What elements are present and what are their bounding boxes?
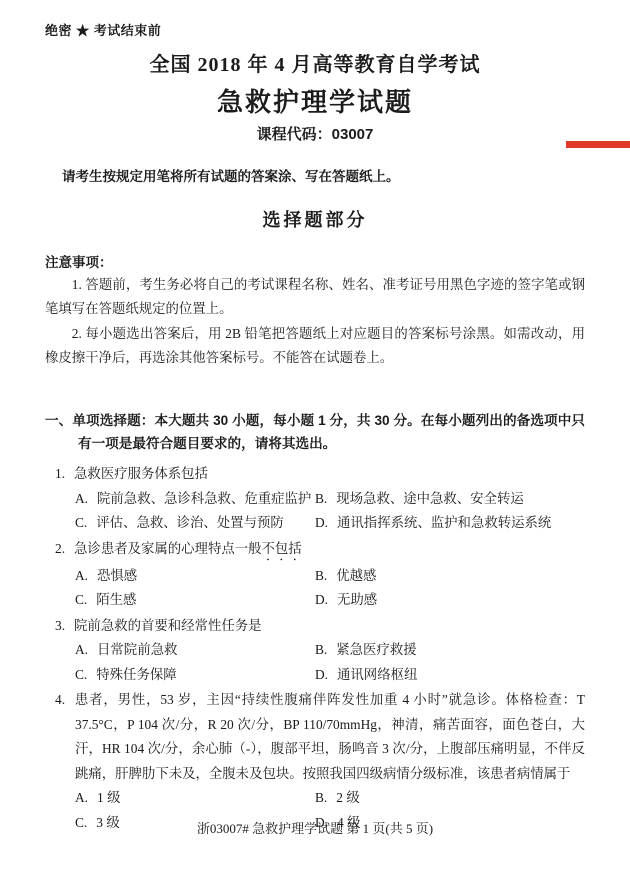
question-1: 1.急救医疗服务体系包括 A.院前急救、急诊科急救、危重症监护 B.现场急救、途… [45, 462, 585, 536]
notices-heading: 注意事项： [45, 251, 585, 271]
red-scan-mark [566, 141, 630, 148]
notice-item: 2. 每小题选出答案后，用 2B 铅笔把答题纸上对应题目的答案标号涂黑。如需改动… [45, 322, 585, 369]
option-text: 现场急救、途中急救、安全转运 [336, 491, 523, 506]
option-d: D.无助感 [315, 588, 585, 613]
exam-paper: 绝密 ★ 考试结束前 全国 2018 年 4 月高等教育自学考试 急救护理学试题… [0, 0, 630, 835]
question-stem: 2.急诊患者及家属的心理特点一般不包括 [45, 537, 585, 564]
option-d: D.通讯网络枢纽 [315, 663, 585, 688]
question-number: 1. [55, 466, 65, 481]
option-grid: A.院前急救、急诊科急救、危重症监护 B.现场急救、途中急救、安全转运 C.评估… [45, 487, 585, 536]
option-b: B.现场急救、途中急救、安全转运 [315, 487, 585, 512]
question-number: 2. [55, 541, 65, 556]
option-letter: B. [315, 568, 327, 583]
option-letter: C. [75, 667, 87, 682]
option-grid: A.恐惧感 B.优越感 C.陌生感 D.无助感 [45, 564, 585, 613]
paper-title: 急救护理学试题 [45, 82, 585, 119]
question-number: 3. [55, 618, 65, 633]
option-c: C.评估、急救、诊治、处置与预防 [75, 511, 315, 536]
option-text: 院前急救、急诊科急救、危重症监护 [97, 491, 311, 506]
option-text: 通讯指挥系统、监护和急救转运系统 [337, 515, 551, 530]
option-a: A.恐惧感 [75, 564, 315, 589]
option-letter: A. [75, 790, 88, 805]
option-letter: C. [75, 592, 87, 607]
option-letter: A. [75, 568, 88, 583]
option-text: 通讯网络枢纽 [337, 667, 417, 682]
question-number: 4. [55, 692, 65, 707]
question-stem: 3.院前急救的首要和经常性任务是 [45, 614, 585, 639]
question-list: 1.急救医疗服务体系包括 A.院前急救、急诊科急救、危重症监护 B.现场急救、途… [45, 462, 585, 835]
option-letter: B. [315, 491, 327, 506]
option-letter: B. [315, 790, 327, 805]
option-a: A.日常院前急救 [75, 638, 315, 663]
classification-banner: 绝密 ★ 考试结束前 [45, 20, 585, 39]
question-stem: 1.急救医疗服务体系包括 [45, 462, 585, 487]
part-title: 选择题部分 [45, 206, 585, 232]
question-2: 2.急诊患者及家属的心理特点一般不包括 A.恐惧感 B.优越感 C.陌生感 D.… [45, 537, 585, 613]
option-text: 评估、急救、诊治、处置与预防 [96, 515, 283, 530]
option-letter: A. [75, 642, 88, 657]
question-stem: 4.患者，男性，53 岁，主因“持续性腹痛伴阵发性加重 4 小时”就急诊。体格检… [45, 688, 585, 786]
option-a: A.院前急救、急诊科急救、危重症监护 [75, 487, 315, 512]
option-text: 紧急医疗救援 [336, 642, 416, 657]
question-stem-emphasis: 不包括 [262, 541, 302, 556]
option-a: A.1 级 [75, 786, 315, 811]
option-text: 1 级 [97, 790, 120, 805]
option-letter: A. [75, 491, 88, 506]
question-stem-text: 急救医疗服务体系包括 [74, 466, 208, 481]
option-d: D.通讯指挥系统、监护和急救转运系统 [315, 511, 585, 536]
option-text: 陌生感 [96, 592, 136, 607]
option-text: 优越感 [336, 568, 376, 583]
option-letter: C. [75, 515, 87, 530]
exam-paper-page: { "meta": { "accent_red": "#e1382a", "in… [0, 0, 630, 882]
notices-section: 注意事项： 1. 答题前，考生务必将自己的考试课程名称、姓名、准考证号用黑色字迹… [45, 251, 585, 369]
option-c: C.陌生感 [75, 588, 315, 613]
page-footer: 浙03007# 急救护理学试题 第 1 页(共 5 页) [0, 818, 630, 837]
option-letter: B. [315, 642, 327, 657]
option-text: 日常院前急救 [97, 642, 177, 657]
question-stem-text: 院前急救的首要和经常性任务是 [74, 618, 261, 633]
option-text: 特殊任务保障 [96, 667, 176, 682]
section-one-heading: 一、单项选择题：本大题共 30 小题，每小题 1 分，共 30 分。在每小题列出… [45, 409, 585, 455]
option-b: B.紧急医疗救援 [315, 638, 585, 663]
option-grid: A.日常院前急救 B.紧急医疗救援 C.特殊任务保障 D.通讯网络枢纽 [45, 638, 585, 687]
title-block: 全国 2018 年 4 月高等教育自学考试 急救护理学试题 课程代码：03007 [45, 48, 585, 144]
exam-session-title: 全国 2018 年 4 月高等教育自学考试 [45, 48, 585, 77]
option-text: 2 级 [336, 790, 359, 805]
option-c: C.特殊任务保障 [75, 663, 315, 688]
option-letter: D. [315, 515, 328, 530]
notice-item: 1. 答题前，考生务必将自己的考试课程名称、姓名、准考证号用黑色字迹的签字笔或钢… [45, 273, 585, 320]
question-4: 4.患者，男性，53 岁，主因“持续性腹痛伴阵发性加重 4 小时”就急诊。体格检… [45, 688, 585, 835]
option-text: 恐惧感 [97, 568, 137, 583]
option-letter: D. [315, 667, 328, 682]
question-stem-text: 患者，男性，53 岁，主因“持续性腹痛伴阵发性加重 4 小时”就急诊。体格检查：… [74, 692, 585, 781]
question-stem-text: 急诊患者及家属的心理特点一般 [74, 541, 261, 556]
option-letter: D. [315, 592, 328, 607]
course-code: 课程代码：03007 [45, 123, 585, 144]
option-b: B.2 级 [315, 786, 585, 811]
question-3: 3.院前急救的首要和经常性任务是 A.日常院前急救 B.紧急医疗救援 C.特殊任… [45, 614, 585, 688]
option-b: B.优越感 [315, 564, 585, 589]
answer-sheet-instruction: 请考生按规定用笔将所有试题的答案涂、写在答题纸上。 [45, 165, 585, 185]
option-text: 无助感 [337, 592, 377, 607]
